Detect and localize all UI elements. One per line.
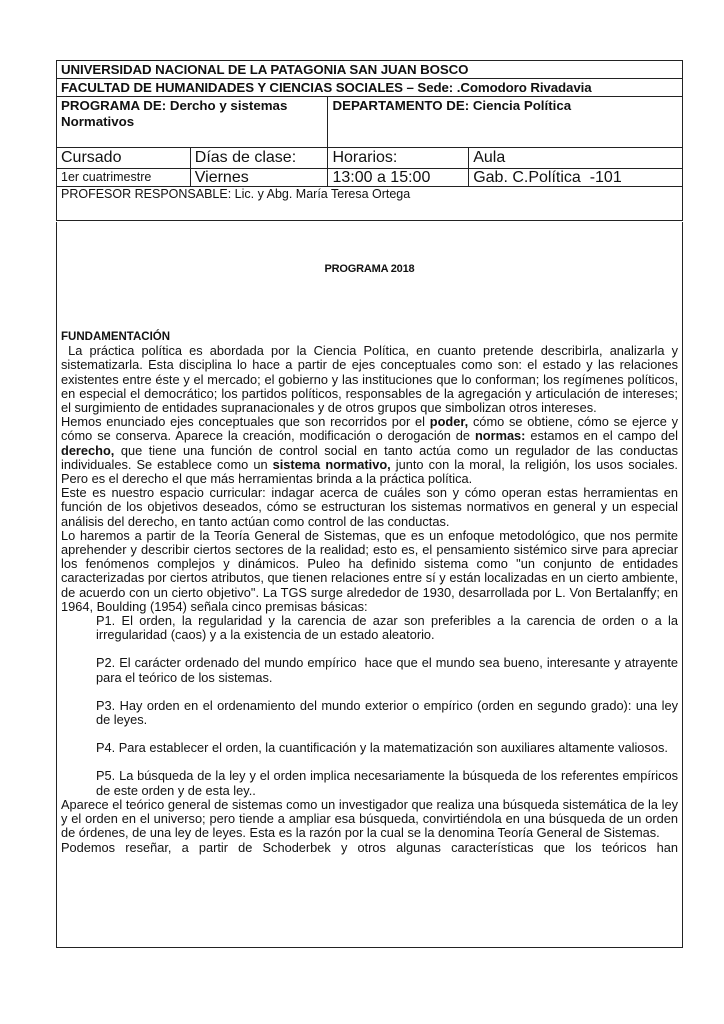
premise-item: P2. El carácter ordenado del mundo empír… — [96, 656, 678, 684]
paragraph: Podemos reseñar, a partir de Schoderbek … — [61, 841, 678, 855]
paragraph: La práctica política es abordada por la … — [61, 344, 678, 415]
bold-term: sistema normativo, — [273, 457, 391, 472]
university-name: UNIVERSIDAD NACIONAL DE LA PATAGONIA SAN… — [57, 61, 683, 79]
dias-label: Días de clase: — [190, 148, 328, 169]
paragraph: Lo haremos a partir de la Teoría General… — [61, 529, 678, 614]
fundamentacion-section: FUNDAMENTACIÓN La práctica política es a… — [61, 330, 678, 855]
program-name: PROGRAMA DE: Dercho y sistemas Normativo… — [57, 97, 328, 148]
bold-term: derecho, — [61, 443, 114, 458]
program-year-title: PROGRAMA 2018 — [57, 263, 682, 275]
text-run: Hemos enunciado ejes conceptuales que so… — [61, 414, 430, 429]
premise-item: P3. Hay orden en el ordenamiento del mun… — [96, 699, 678, 727]
horarios-value: 13:00 a 15:00 — [328, 169, 469, 187]
program-body: PROGRAMA 2018 FUNDAMENTACIÓN La práctica… — [56, 222, 683, 948]
bold-term: poder, — [430, 414, 468, 429]
professor-responsible: PROFESOR RESPONSABLE: Lic. y Abg. María … — [57, 187, 683, 221]
aula-label: Aula — [469, 148, 683, 169]
premise-item: P5. La búsqueda de la ley y el orden imp… — [96, 769, 678, 797]
premise-item: P4. Para establecer el orden, la cuantif… — [96, 741, 678, 755]
premise-item: P1. El orden, la regularidad y la carenc… — [96, 614, 678, 642]
bold-term: normas: — [475, 428, 526, 443]
aula-value: Gab. C.Política -101 — [469, 169, 683, 187]
text-run: estamos en el campo del — [525, 428, 678, 443]
cursado-value: 1er cuatrimestre — [57, 169, 191, 187]
section-title: FUNDAMENTACIÓN — [61, 330, 678, 344]
department-name: DEPARTAMENTO DE: Ciencia Política — [328, 97, 683, 148]
dias-value: Viernes — [190, 169, 328, 187]
paragraph-power: Hemos enunciado ejes conceptuales que so… — [61, 415, 678, 486]
paragraph: Este es nuestro espacio curricular: inda… — [61, 486, 678, 529]
paragraph: Aparece el teórico general de sistemas c… — [61, 798, 678, 841]
cursado-label: Cursado — [57, 148, 191, 169]
horarios-label: Horarios: — [328, 148, 469, 169]
faculty-name: FACULTAD DE HUMANIDADES Y CIENCIAS SOCIA… — [57, 79, 683, 97]
document-page: UNIVERSIDAD NACIONAL DE LA PATAGONIA SAN… — [0, 0, 724, 1024]
program-header-table: UNIVERSIDAD NACIONAL DE LA PATAGONIA SAN… — [56, 60, 683, 221]
